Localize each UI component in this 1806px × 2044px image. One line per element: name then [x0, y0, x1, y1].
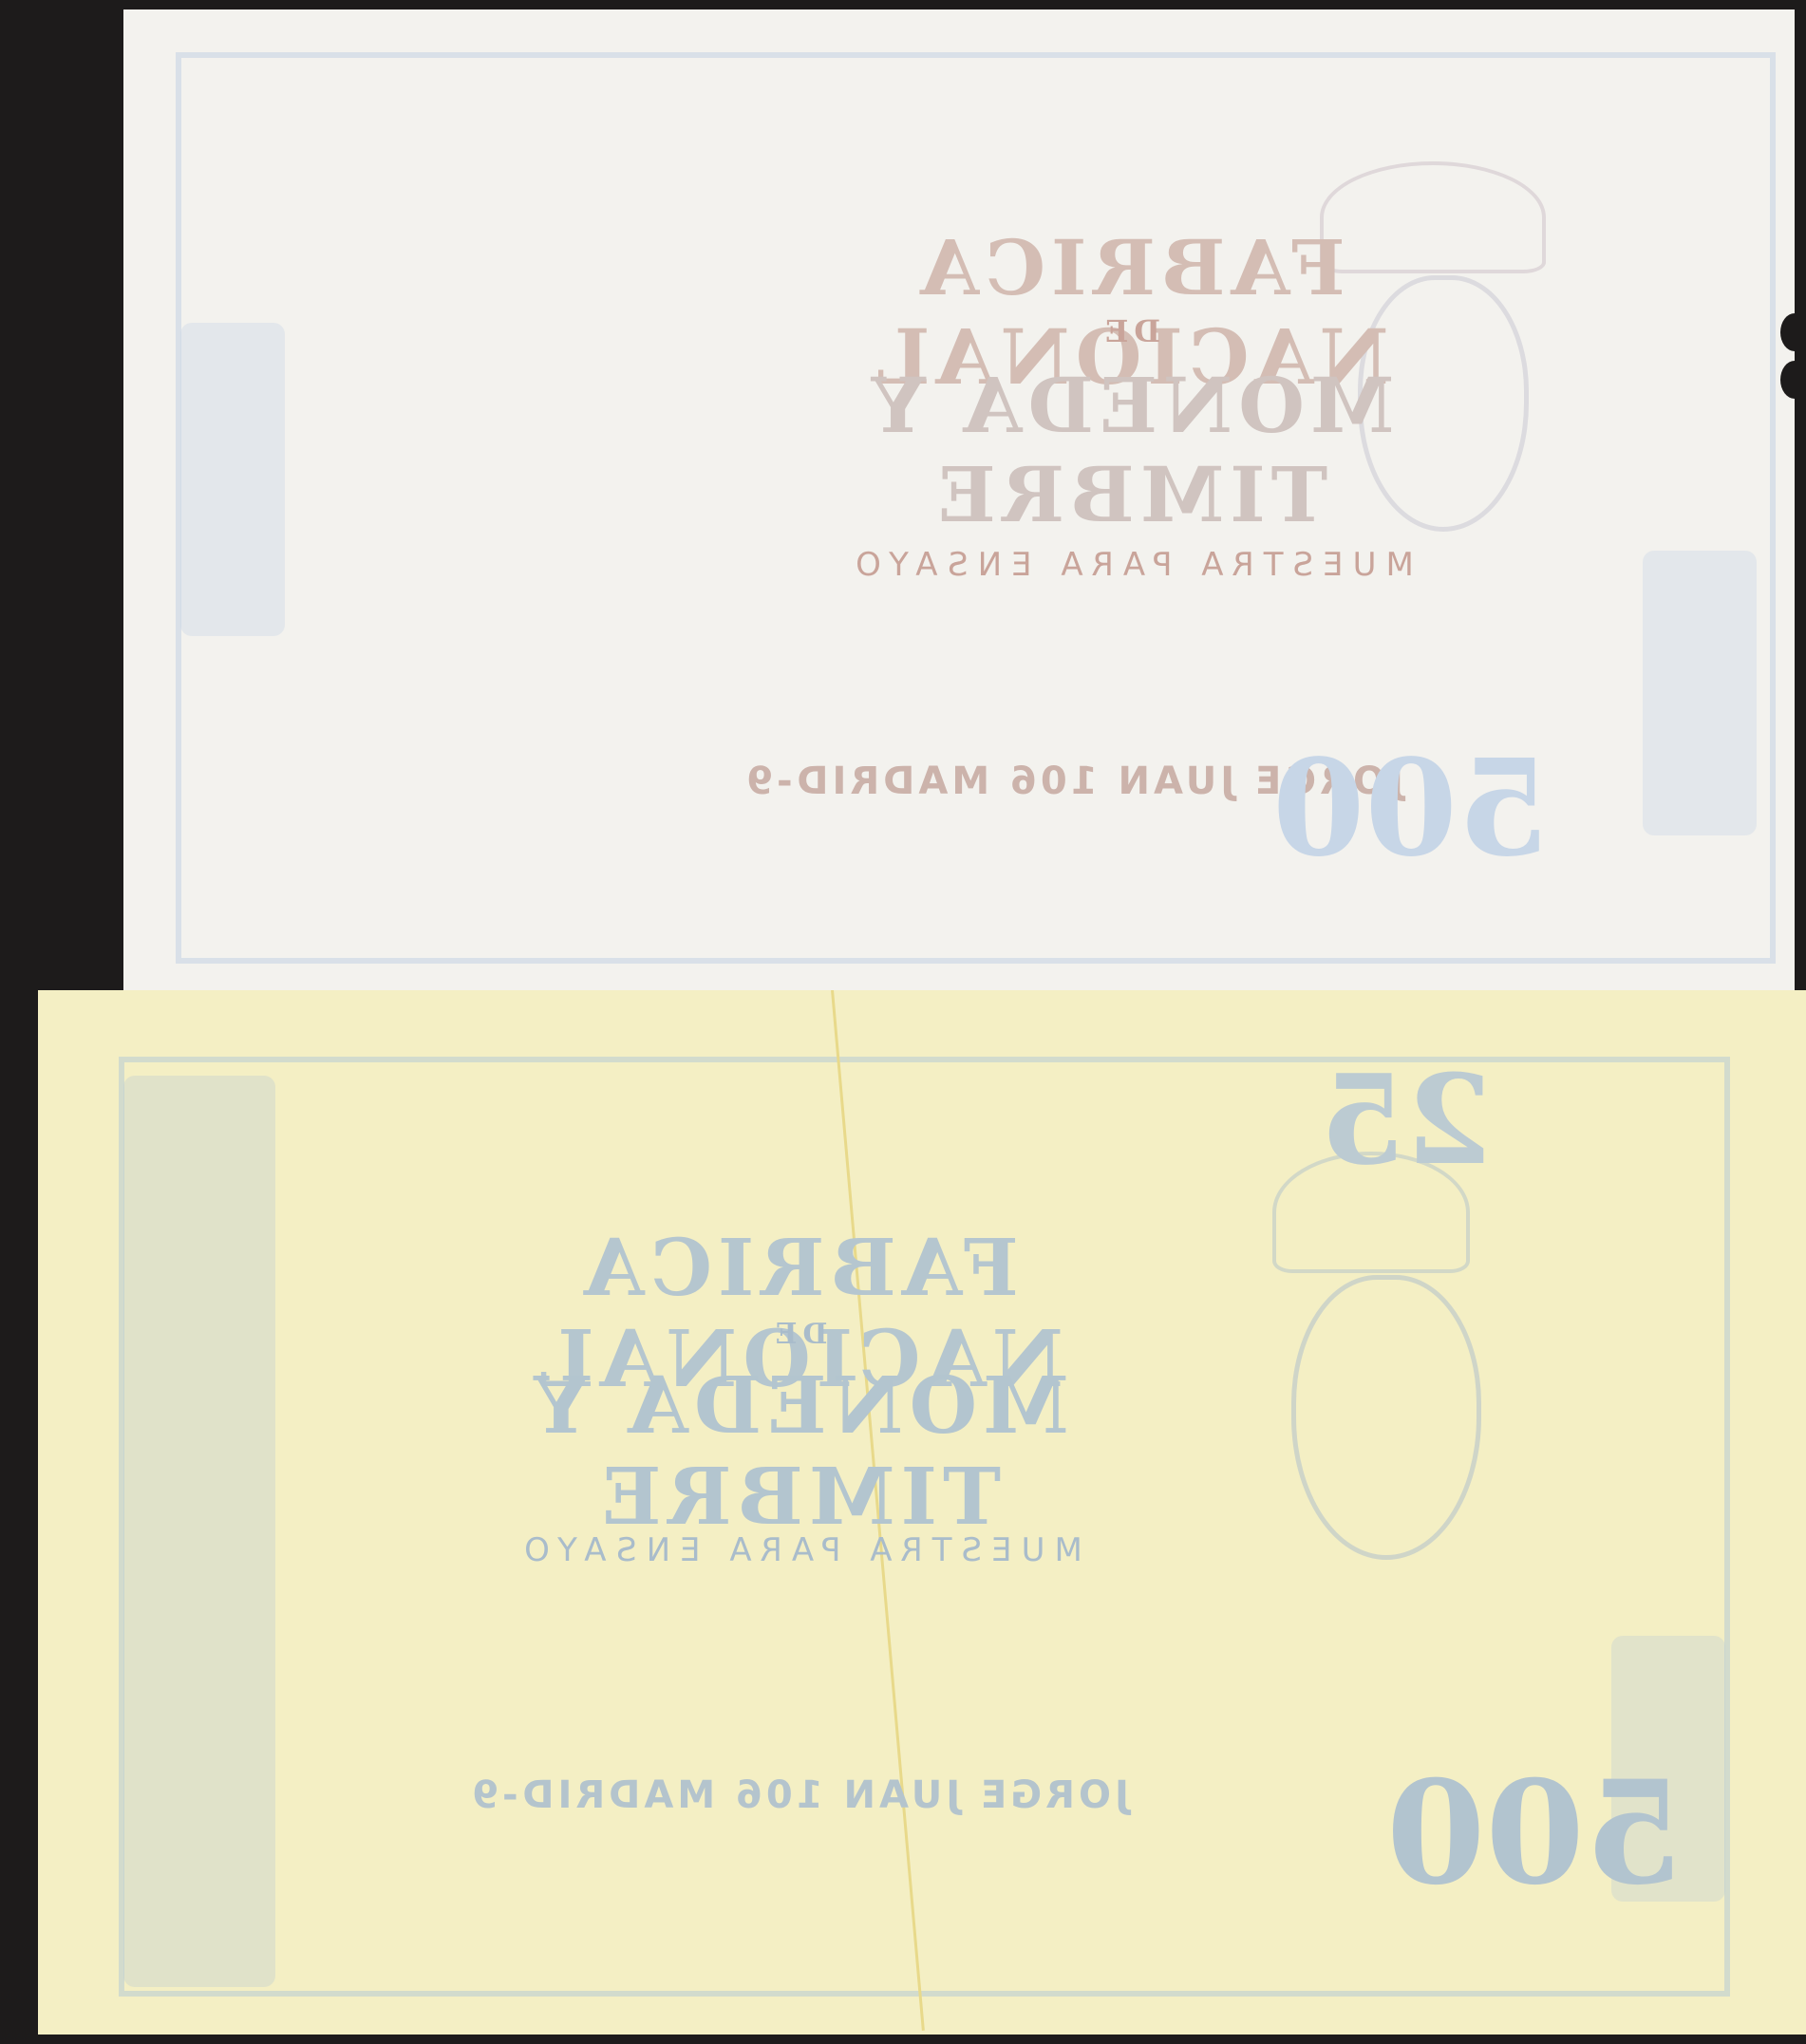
specimen-note-bottom: FABRICA NACIONAL DE MONEDA Y TIMBRE MUES…	[38, 990, 1806, 2035]
title-line-2: DE	[323, 1318, 1274, 1351]
specimen-caption: MUESTRA PARA ENSAYO	[655, 546, 1605, 584]
denomination-numeral: 500	[1386, 1750, 1684, 1917]
title-line-3: MONEDA Y TIMBRE	[323, 1360, 1274, 1543]
specimen-caption: MUESTRA PARA ENSAYO	[323, 1531, 1274, 1569]
denomination-numeral: 500	[1272, 731, 1550, 887]
title-line-2: DE	[655, 313, 1605, 349]
corner-denomination: 25	[1320, 1047, 1492, 1192]
specimen-note-top: FABRICA NACIONAL DE MONEDA Y TIMBRE MUES…	[123, 9, 1795, 992]
printer-address: JORGE JUAN 106 MADRID-9	[323, 1773, 1274, 1817]
title-line-3: MONEDA Y TIMBRE	[655, 361, 1605, 539]
